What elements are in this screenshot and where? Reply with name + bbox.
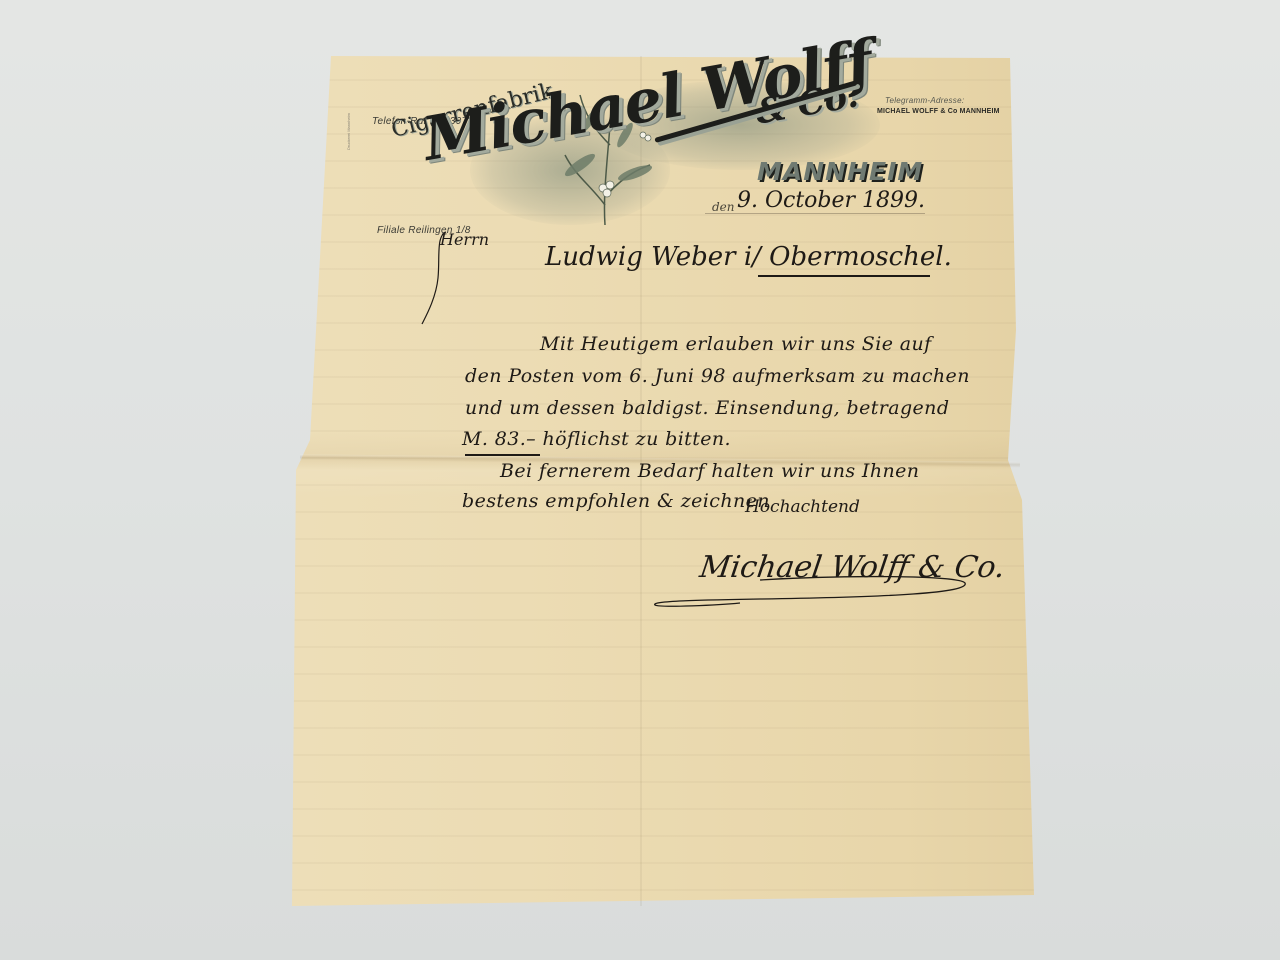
body-line: Mit Heutigem erlauben wir uns Sie auf — [540, 333, 932, 355]
body-line: bestens empfohlen & zeichnen — [462, 490, 770, 512]
photo-background: Telefon-Ruf № 1307 Filiale Reilingen 1/8… — [0, 0, 1280, 960]
letterhead-city: MANNHEIM — [757, 157, 923, 186]
body-line: und um dessen baldigst. Einsendung, betr… — [465, 397, 949, 419]
printer-mark: Druckerei Mannheim — [346, 113, 351, 150]
letter-date: 9. October 1899. — [737, 188, 925, 213]
letterhead-telegram-label: Telegramm-Adresse: — [885, 96, 964, 105]
body-line: Bei fernerem Bedarf halten wir uns Ihnen — [500, 460, 919, 482]
body-line: den Posten vom 6. Juni 98 aufmerksam zu … — [465, 365, 970, 387]
letterhead-telegram-address: MICHAEL WOLFF & Co MANNHEIM — [877, 108, 1000, 115]
date-prefix: den — [712, 200, 735, 214]
addressee: Ludwig Weber i/ Obermoschel. — [545, 242, 952, 272]
signature-flourish-icon — [640, 575, 970, 615]
addressee-underline — [758, 275, 930, 277]
salutation: Herrn — [440, 230, 489, 249]
closing-phrase: Hochachtend — [745, 497, 860, 517]
body-line: M. 83.– höflichst zu bitten. — [462, 428, 731, 450]
date-rule-line — [705, 213, 925, 214]
amount-underline — [465, 454, 540, 456]
